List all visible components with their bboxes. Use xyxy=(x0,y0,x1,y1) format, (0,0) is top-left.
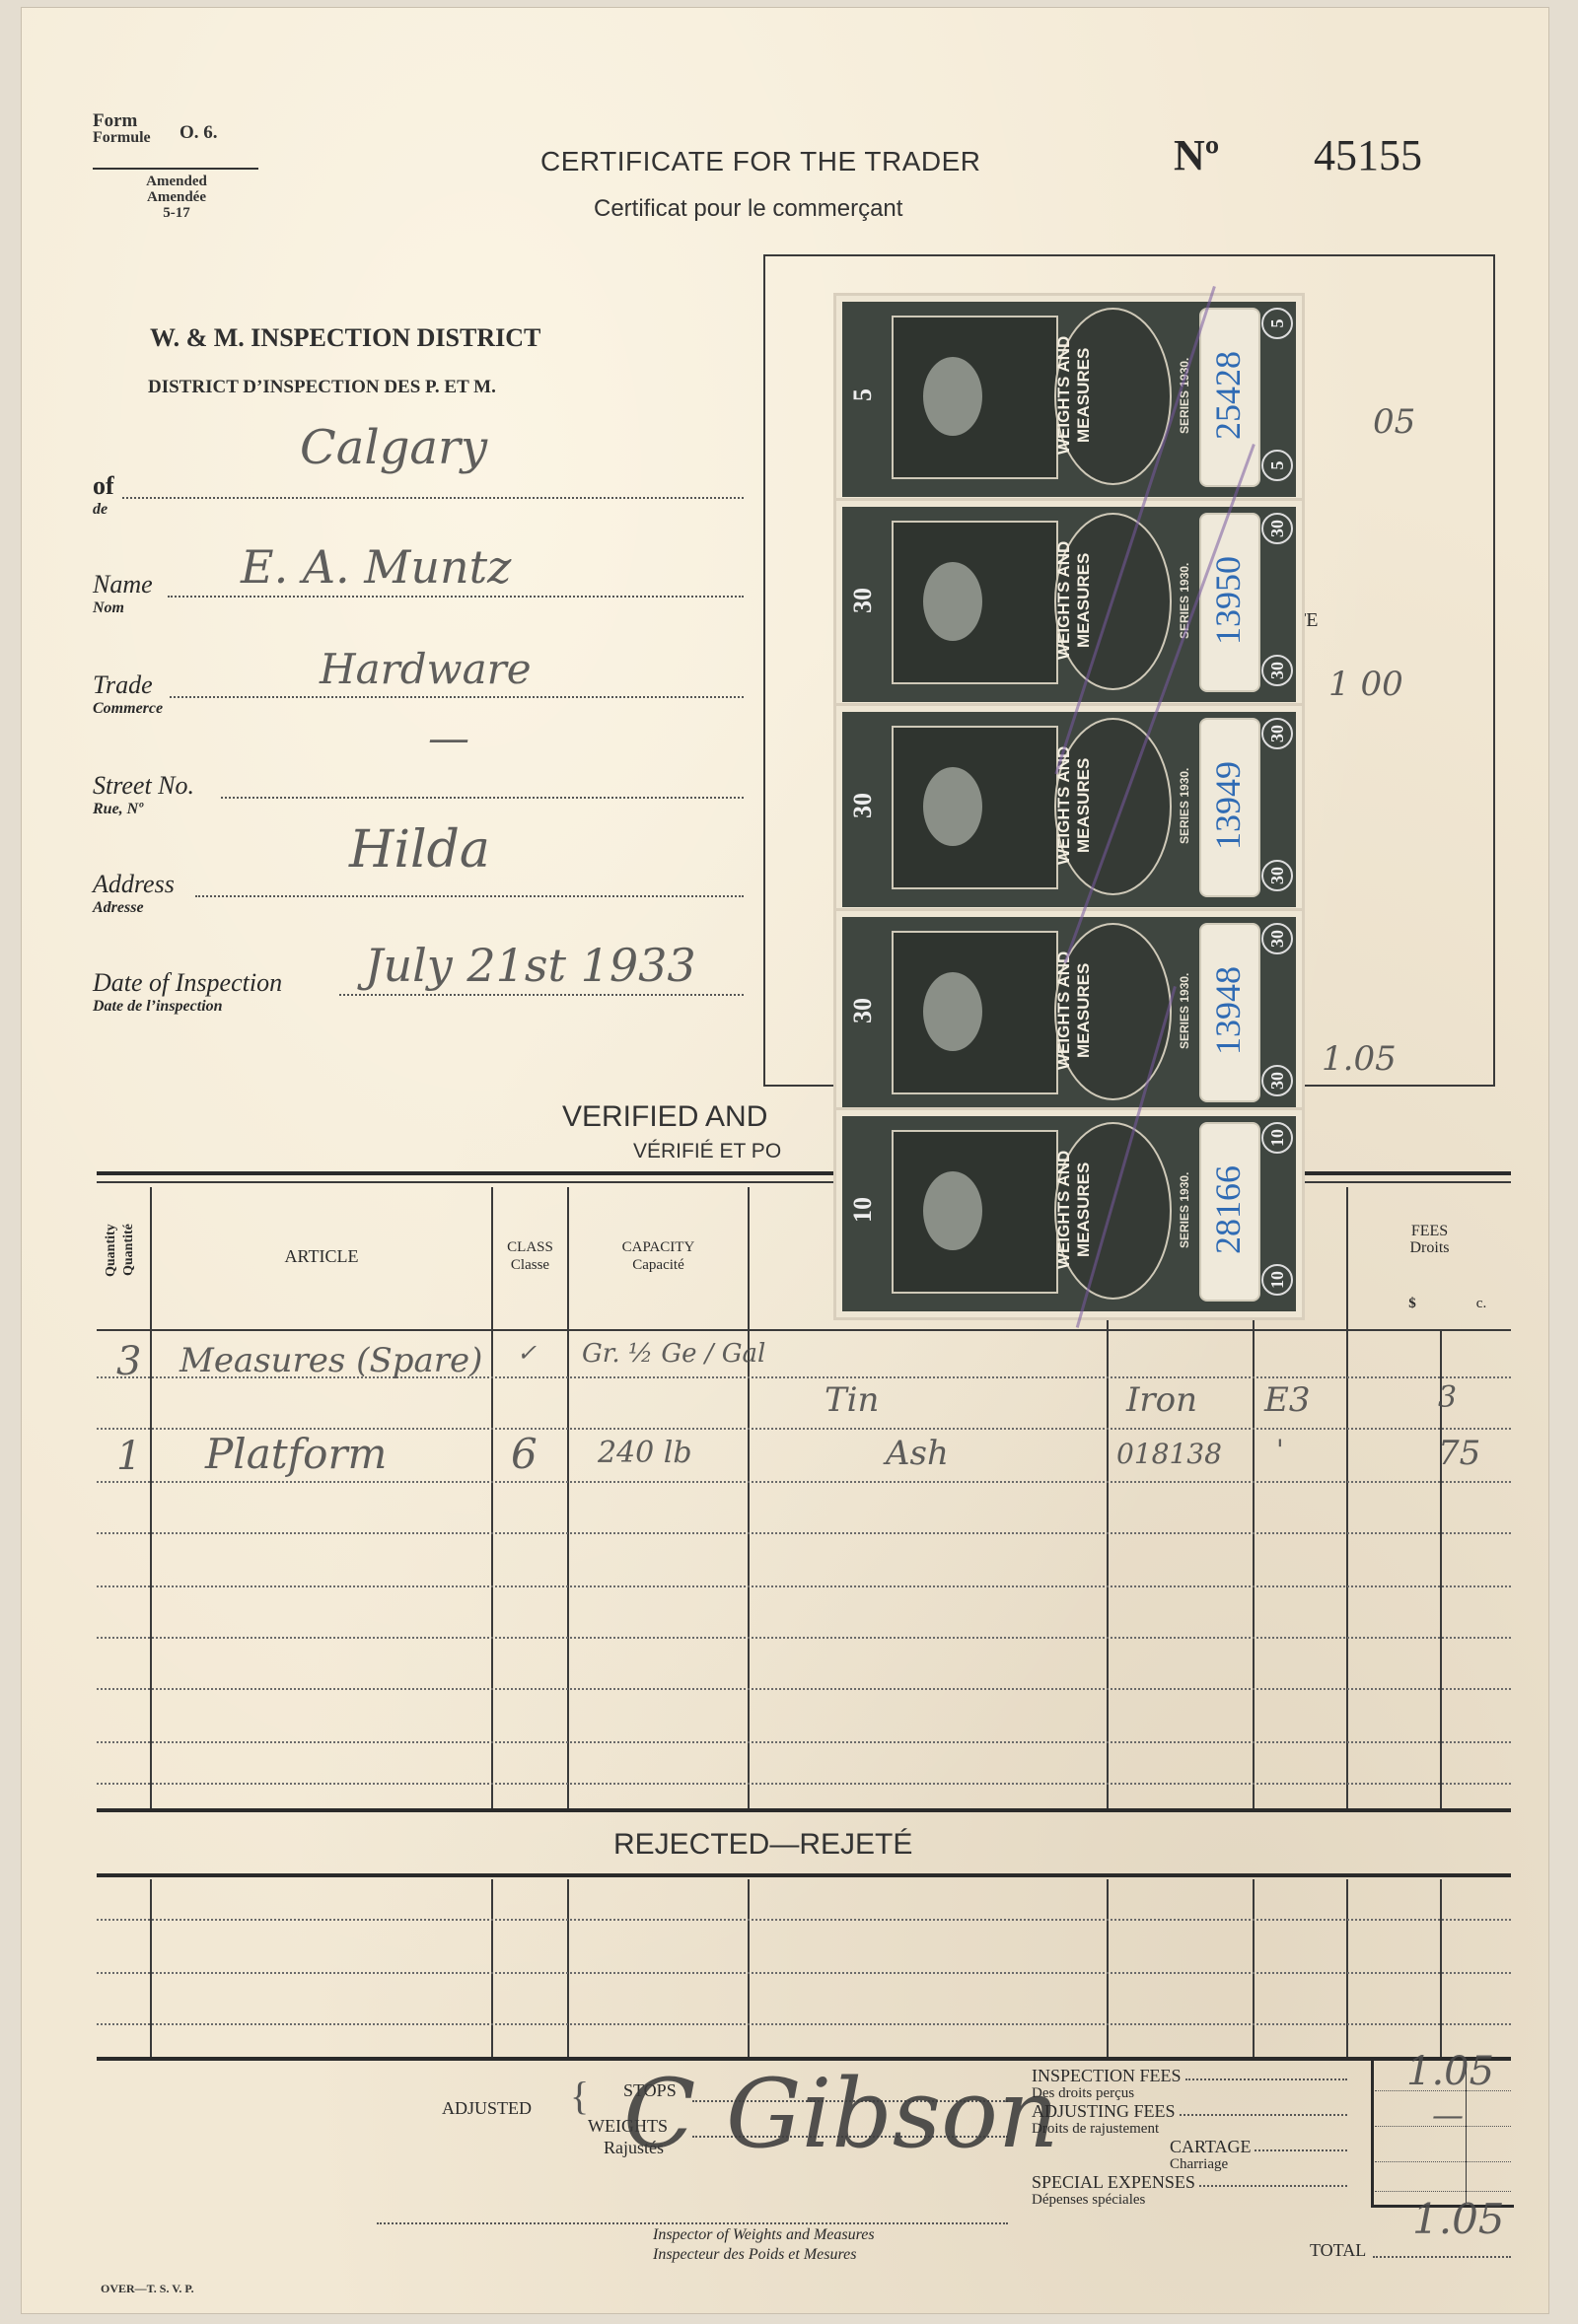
field-date-label-fr: Date de l’inspection xyxy=(93,998,223,1016)
field-trade-label-fr: Commerce xyxy=(93,700,163,718)
col-divider xyxy=(1346,1187,1348,1808)
field-of-label: of xyxy=(93,471,114,501)
stamp-value-bottom: 30 xyxy=(1261,1065,1293,1096)
header-class: CLASS Classe xyxy=(493,1238,567,1274)
fees-summary-labels: INSPECTION FEES Des droits perçus ADJUST… xyxy=(1032,2067,1347,2209)
inspector-title-fr: Inspecteur des Poids et Mesures xyxy=(653,2246,856,2264)
district-title-fr: DISTRICT D’INSPECTION DES P. ET M. xyxy=(148,377,496,398)
field-date-value: July 21st 1933 xyxy=(365,939,696,992)
district-title: W. & M. INSPECTION DISTRICT xyxy=(150,323,540,353)
stamp-text: WEIGHTS AND MEASURES xyxy=(1054,312,1168,479)
revenue-stamp: 30 WEIGHTS AND MEASURES SERIES 1930. 139… xyxy=(836,501,1302,708)
row-capacity: 240 lb xyxy=(598,1436,692,1470)
field-address-label: Address xyxy=(93,870,175,899)
verified-title: VERIFIED AND xyxy=(562,1100,767,1134)
stamp-portrait xyxy=(892,931,1058,1094)
field-street-value: — xyxy=(428,714,469,762)
row-col5: Tin xyxy=(825,1380,879,1420)
row-line xyxy=(97,1637,1511,1639)
revenue-stamp: 30 WEIGHTS AND MEASURES SERIES 1930. 139… xyxy=(836,911,1302,1118)
col-divider xyxy=(567,1187,569,1808)
stamp-value-right: 3030 xyxy=(1262,923,1292,1096)
revenue-stamp: 5 WEIGHTS AND MEASURES SERIES 1930. 2542… xyxy=(836,296,1302,503)
rej-row-line xyxy=(97,2023,1511,2025)
row-class: 6 xyxy=(511,1430,538,1478)
rej-col-divider xyxy=(1107,1879,1109,2057)
stamp-value-right: 1010 xyxy=(1262,1122,1292,1296)
stamp-value-top: 30 xyxy=(1261,718,1293,749)
row-last-mark: E3 xyxy=(1264,1380,1310,1420)
header-fees-fr: Droits xyxy=(1348,1239,1511,1256)
field-street-label: Street No. xyxy=(93,771,194,801)
stamp-value-bottom: 30 xyxy=(1261,860,1293,891)
field-address-line xyxy=(195,895,744,897)
stamp-box-amount-3: 1.05 xyxy=(1322,1039,1397,1079)
stamp-value-left: 5 xyxy=(848,312,884,479)
field-of-value: Calgary xyxy=(300,420,487,475)
stamp-series: SERIES 1930. xyxy=(1178,927,1199,1094)
field-name-value: E. A. Muntz xyxy=(241,540,511,594)
certificate-number: 45155 xyxy=(1314,130,1422,180)
adjusting-fees-label-fr: Droits de rajustement xyxy=(1032,2120,1347,2138)
stamp-value-top: 30 xyxy=(1261,923,1293,954)
stamp-serial: 13948 xyxy=(1199,923,1256,1098)
row-line xyxy=(97,1585,1511,1587)
col-divider xyxy=(491,1187,493,1808)
header-quantity-en: Quantity xyxy=(104,1224,118,1277)
stamp-value-left: 30 xyxy=(848,927,884,1094)
row-material: 018138 xyxy=(1116,1438,1222,1470)
certificate-title: CERTIFICATE FOR THE TRADER xyxy=(540,146,981,177)
portrait-face xyxy=(923,1171,982,1250)
form-number-block: Form Formule O. 6. Amended Amendée 5-17 xyxy=(93,112,151,146)
cartage-label-fr: Charriage xyxy=(1032,2155,1347,2173)
field-of-label-fr: de xyxy=(93,501,108,519)
stamp-box-amount-2: 1 00 xyxy=(1328,665,1403,704)
number-prefix: Nº xyxy=(1174,130,1219,180)
header-capacity-fr: Capacité xyxy=(569,1256,748,1274)
field-trade-line xyxy=(170,696,744,698)
form-number: O. 6. xyxy=(179,122,218,144)
field-trade-value: Hardware xyxy=(320,645,532,693)
stamp-value-bottom: 30 xyxy=(1261,655,1293,686)
rej-col-divider xyxy=(748,1879,750,2057)
amendee-label: Amendée xyxy=(112,189,241,205)
stamp-series: SERIES 1930. xyxy=(1178,722,1199,889)
row-article: Measures (Spare) xyxy=(179,1341,482,1380)
portrait-face xyxy=(923,767,982,846)
stamp-text: WEIGHTS AND MEASURES xyxy=(1054,722,1168,889)
fees-box-line xyxy=(1375,2161,1511,2162)
adjusted-brace: { xyxy=(570,2077,589,2116)
stamp-serial: 28166 xyxy=(1199,1122,1256,1298)
stamp-portrait xyxy=(892,521,1058,684)
field-date-of-inspection[interactable]: Date of Inspection Date de l’inspection … xyxy=(93,968,744,1004)
total-value: 1.05 xyxy=(1412,2195,1505,2243)
stamp-value-top: 30 xyxy=(1261,513,1293,544)
field-date-label: Date of Inspection xyxy=(93,968,282,998)
rej-col-divider xyxy=(1440,1879,1442,2057)
rejected-top-rule xyxy=(97,1808,1511,1812)
signature-line[interactable] xyxy=(377,2222,1008,2224)
field-address[interactable]: Address Adresse Hilda xyxy=(93,870,744,905)
field-trade-label: Trade xyxy=(93,670,153,700)
verified-title-fr: VÉRIFIÉ ET PO xyxy=(633,1140,781,1163)
stamp-value-bottom: 10 xyxy=(1261,1264,1293,1296)
stamp-portrait xyxy=(892,316,1058,479)
adjusting-fees-label: ADJUSTING FEES xyxy=(1032,2102,1176,2120)
field-name[interactable]: Name Nom E. A. Muntz xyxy=(93,570,744,605)
formule-label: Formule xyxy=(93,130,151,146)
field-name-label: Name xyxy=(93,570,153,599)
footer-over: OVER—T. S. V. P. xyxy=(101,2282,194,2296)
total-line xyxy=(1373,2256,1511,2258)
fees-box-line xyxy=(1375,2191,1511,2192)
row-col5: Ash xyxy=(886,1434,949,1473)
header-quantity-fr: Quantité xyxy=(121,1225,136,1277)
stamp-series: SERIES 1930. xyxy=(1178,1126,1199,1294)
special-expenses-label-fr: Dépenses spéciales xyxy=(1032,2191,1347,2209)
stamp-portrait xyxy=(892,726,1058,889)
rejected-header-rule xyxy=(97,1873,1511,1877)
stamp-value-left: 10 xyxy=(848,1126,884,1294)
col-divider xyxy=(150,1187,152,1808)
rej-row-line xyxy=(97,1972,1511,1974)
adjusted-label: ADJUSTED xyxy=(442,2098,532,2119)
adjusting-fees-value: — xyxy=(1432,2096,1464,2134)
certificate-document: Form Formule O. 6. Amended Amendée 5-17 … xyxy=(22,8,1548,2313)
field-street-no[interactable]: Street No. Rue, Nº — xyxy=(93,771,744,807)
stamp-box-amount-1: 05 xyxy=(1373,402,1415,442)
rej-col-divider xyxy=(491,1879,493,2057)
stamp-portrait xyxy=(892,1130,1058,1294)
col-divider xyxy=(748,1187,750,1808)
header-capacity: CAPACITY Capacité xyxy=(569,1238,748,1274)
row-line xyxy=(97,1532,1511,1534)
inspection-fees-value: 1.05 xyxy=(1406,2049,1494,2094)
field-name-line xyxy=(168,596,744,598)
inspection-fees-label-fr: Des droits perçus xyxy=(1032,2084,1347,2102)
header-class-en: CLASS xyxy=(493,1238,567,1256)
portrait-face xyxy=(923,972,982,1051)
field-name-label-fr: Nom xyxy=(93,599,124,617)
stamp-value-right: 3030 xyxy=(1262,718,1292,891)
stamp-value-right: 55 xyxy=(1262,308,1292,481)
header-fees: FEES Droits xyxy=(1348,1223,1511,1256)
header-cents: c. xyxy=(1471,1296,1491,1312)
rej-col-divider xyxy=(1346,1879,1348,2057)
row-fees: 75 xyxy=(1438,1434,1480,1473)
rej-col-divider xyxy=(150,1879,152,2057)
stamp-value-left: 30 xyxy=(848,517,884,684)
stamp-value-top: 10 xyxy=(1261,1122,1293,1154)
portrait-face xyxy=(923,357,982,436)
stamp-value-bottom: 5 xyxy=(1261,450,1293,481)
field-address-value: Hilda xyxy=(349,820,490,880)
total-label: TOTAL xyxy=(1310,2240,1366,2261)
form-divider xyxy=(93,168,258,170)
header-fees-en: FEES xyxy=(1348,1223,1511,1239)
stamp-serial: 13949 xyxy=(1199,718,1256,893)
field-of[interactable]: of de Calgary xyxy=(93,471,744,507)
inspector-title: Inspector of Weights and Measures xyxy=(653,2226,875,2244)
row-line xyxy=(97,1783,1511,1785)
field-date-line xyxy=(339,994,744,996)
stamp-value-top: 5 xyxy=(1261,308,1293,339)
stamp-value-right: 3030 xyxy=(1262,513,1292,686)
rej-col-divider xyxy=(567,1879,569,2057)
rej-col-divider xyxy=(1253,1879,1255,2057)
header-underline xyxy=(97,1329,1511,1331)
row-line xyxy=(97,1741,1511,1743)
amended-label: Amended xyxy=(112,174,241,189)
row-quantity: 3 xyxy=(116,1339,141,1384)
field-street-line xyxy=(221,797,744,799)
row-last-mark: ' xyxy=(1276,1434,1284,1466)
row-quantity: 1 xyxy=(116,1434,141,1479)
header-quantity: Quantity Quantité xyxy=(103,1191,142,1309)
field-trade[interactable]: Trade Commerce Hardware xyxy=(93,670,744,706)
field-address-label-fr: Adresse xyxy=(93,899,144,917)
stamp-serial: 13950 xyxy=(1199,513,1256,688)
rej-row-line xyxy=(97,1919,1511,1921)
portrait-face xyxy=(923,562,982,641)
row-article: Platform xyxy=(205,1430,387,1478)
header-capacity-en: CAPACITY xyxy=(569,1238,748,1256)
special-expenses-label: SPECIAL EXPENSES xyxy=(1032,2173,1195,2191)
certificate-subtitle: Certificat pour le commerçant xyxy=(594,195,902,223)
form-label: Form xyxy=(93,112,151,130)
row-material: Iron xyxy=(1126,1380,1197,1420)
inspection-fees-label: INSPECTION FEES xyxy=(1032,2067,1182,2084)
cartage-label: CARTAGE xyxy=(1170,2138,1251,2155)
table-row: 1 Platform 6 240 lb Ash 018138 ' 75 xyxy=(97,1434,1511,1485)
row-class: ✓ xyxy=(517,1339,537,1367)
amended-date: 5-17 xyxy=(112,205,241,221)
stamp-value-left: 30 xyxy=(848,722,884,889)
inspector-signature: C Gibson xyxy=(623,2059,1059,2169)
row-capacity: Gr. ½ Ge / Gal xyxy=(582,1339,765,1369)
field-street-label-fr: Rue, Nº xyxy=(93,801,143,818)
table-row: 3 Measures (Spare) ✓ Gr. ½ Ge / Gal Tin … xyxy=(97,1335,1511,1386)
field-of-line xyxy=(122,497,744,499)
header-article: ARTICLE xyxy=(152,1246,491,1267)
row-fees: 3 xyxy=(1438,1380,1457,1415)
header-class-fr: Classe xyxy=(493,1256,567,1274)
row-line xyxy=(97,1688,1511,1690)
header-dollars: $ xyxy=(1402,1296,1422,1312)
rejected-title: REJECTED—REJETÉ xyxy=(613,1828,912,1862)
revenue-stamp: 10 WEIGHTS AND MEASURES SERIES 1930. 281… xyxy=(836,1110,1302,1317)
